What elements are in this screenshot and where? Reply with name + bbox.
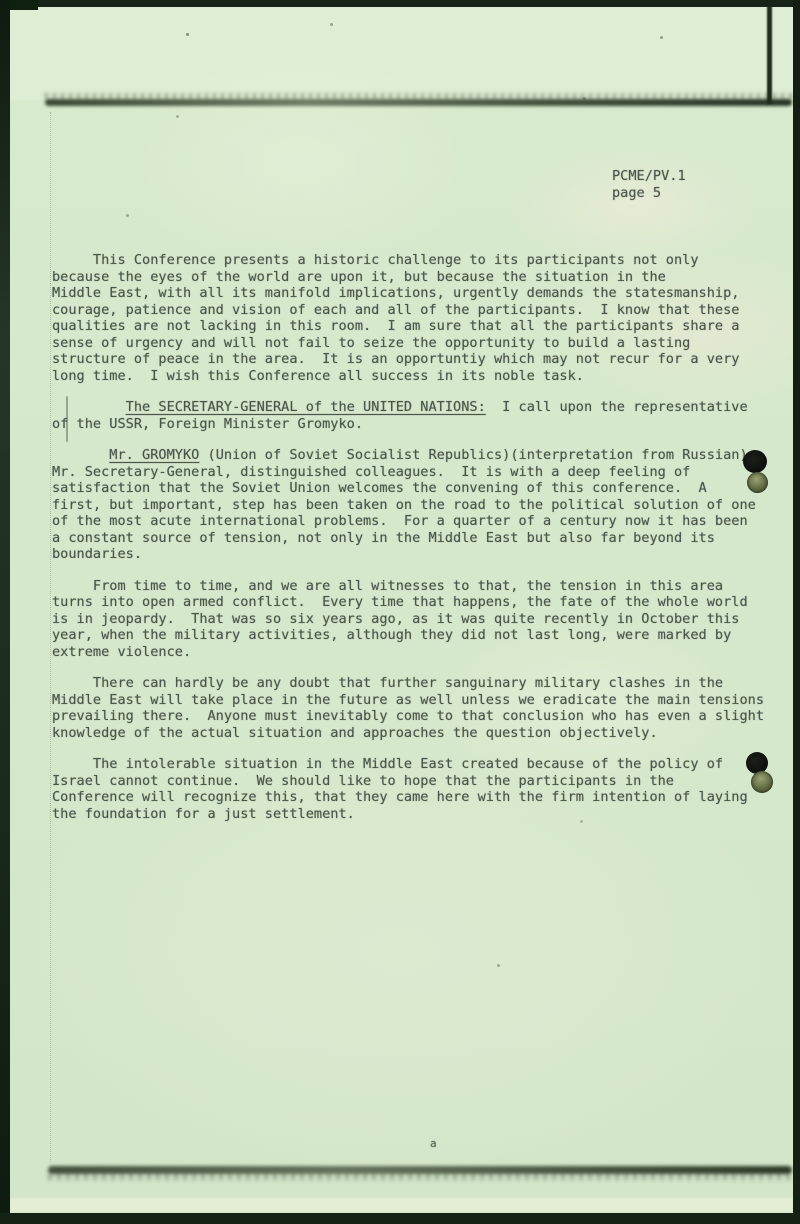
text-segment: This Conference presents a historic chal… xyxy=(52,252,699,268)
text-line: Mr. Secretary-General, distinguished col… xyxy=(52,464,764,481)
text-line: is in jeopardy. That was so six years ag… xyxy=(52,611,764,628)
document-header: PCME/PV.1 page 5 xyxy=(612,168,686,201)
text-segment: The intolerable situation in the Middle … xyxy=(52,756,723,772)
text-segment: extreme violence. xyxy=(52,644,191,660)
text-segment: Middle East will take place in the futur… xyxy=(52,692,764,708)
text-segment: From time to time, and we are all witnes… xyxy=(52,578,723,594)
paragraph: From time to time, and we are all witnes… xyxy=(52,578,764,661)
text-line: first, but important, step has been take… xyxy=(52,497,764,514)
text-segment: Middle East, with all its manifold impli… xyxy=(52,285,739,301)
text-segment: prevailing there. Anyone must inevitably… xyxy=(52,708,764,724)
underlined-text-segment: Mr. GROMYKO xyxy=(109,447,199,463)
scan-edge-top xyxy=(0,0,800,7)
text-line: structure of peace in the area. It is an… xyxy=(52,351,764,368)
text-line: Middle East will take place in the futur… xyxy=(52,692,764,709)
fastener-dot-brass-upper xyxy=(747,472,768,493)
text-line: year, when the military activities, alth… xyxy=(52,627,764,644)
text-segment: satisfaction that the Soviet Union welco… xyxy=(52,480,707,496)
document-reference: PCME/PV.1 xyxy=(612,168,686,185)
text-line: This Conference presents a historic chal… xyxy=(52,252,764,269)
vertical-fold-line xyxy=(50,112,51,1162)
text-segment: turns into open armed conflict. Every ti… xyxy=(52,594,748,610)
page-bottom-shadow-line xyxy=(48,1166,792,1174)
text-segment: first, but important, step has been take… xyxy=(52,497,756,513)
underlined-text-segment: The SECRETARY-GENERAL of the UNITED NATI… xyxy=(126,399,486,415)
text-segment: structure of peace in the area. It is an… xyxy=(52,351,739,367)
scan-edge-left xyxy=(0,0,10,1224)
text-line: knowledge of the actual situation and ap… xyxy=(52,725,764,742)
text-segment: knowledge of the actual situation and ap… xyxy=(52,725,658,741)
text-line: Conference will recognize this, that the… xyxy=(52,789,764,806)
text-line: a constant source of tension, not only i… xyxy=(52,530,764,547)
text-line: of the USSR, Foreign Minister Gromyko. xyxy=(52,416,764,433)
text-segment: year, when the military activities, alth… xyxy=(52,627,731,643)
text-segment: Israel cannot continue. We should like t… xyxy=(52,773,674,789)
paragraph: This Conference presents a historic chal… xyxy=(52,252,764,384)
scanned-page: PCME/PV.1 page 5 This Conference present… xyxy=(0,0,800,1224)
text-segment: of the USSR, Foreign Minister Gromyko. xyxy=(52,416,363,432)
paragraph: The SECRETARY-GENERAL of the UNITED NATI… xyxy=(52,399,764,432)
text-segment: There can hardly be any doubt that furth… xyxy=(52,675,723,691)
text-line: prevailing there. Anyone must inevitably… xyxy=(52,708,764,725)
fastener-dot-brass-lower xyxy=(751,771,773,793)
text-segment: I call upon the representative xyxy=(486,399,748,415)
page-number-label: page 5 xyxy=(612,185,686,202)
text-line: There can hardly be any doubt that furth… xyxy=(52,675,764,692)
paragraph: Mr. GROMYKO (Union of Soviet Socialist R… xyxy=(52,447,764,563)
text-segment: a constant source of tension, not only i… xyxy=(52,530,715,546)
text-segment: (Union of Soviet Socialist Republics)(in… xyxy=(199,447,756,463)
text-segment: Mr. Secretary-General, distinguished col… xyxy=(52,464,690,480)
text-line: turns into open armed conflict. Every ti… xyxy=(52,594,764,611)
overlapping-sheet-edge xyxy=(45,99,792,106)
overlapping-sheet-side-edge xyxy=(767,4,772,104)
text-segment: the foundation for a just settlement. xyxy=(52,806,355,822)
text-line: From time to time, and we are all witnes… xyxy=(52,578,764,595)
text-segment: of the most acute international problems… xyxy=(52,513,748,529)
text-line: Middle East, with all its manifold impli… xyxy=(52,285,764,302)
text-line: extreme violence. xyxy=(52,644,764,661)
text-segment: courage, patience and vision of each and… xyxy=(52,302,739,318)
text-segment: Conference will recognize this, that the… xyxy=(52,789,748,805)
text-line: The intolerable situation in the Middle … xyxy=(52,756,764,773)
text-line: courage, patience and vision of each and… xyxy=(52,302,764,319)
text-line: qualities are not lacking in this room. … xyxy=(52,318,764,335)
overlapping-sheet-band xyxy=(10,7,793,100)
text-segment: because the eyes of the world are upon i… xyxy=(52,269,666,285)
text-segment: long time. I wish this Conference all su… xyxy=(52,368,584,384)
text-line: the foundation for a just settlement. xyxy=(52,806,764,823)
text-segment: sense of urgency and will not fail to se… xyxy=(52,335,690,351)
text-line: of the most acute international problems… xyxy=(52,513,764,530)
text-line: satisfaction that the Soviet Union welco… xyxy=(52,480,764,497)
text-segment: boundaries. xyxy=(52,546,142,562)
text-line: boundaries. xyxy=(52,546,764,563)
text-line: The SECRETARY-GENERAL of the UNITED NATI… xyxy=(52,399,764,416)
text-segment xyxy=(52,399,126,415)
text-segment: is in jeopardy. That was so six years ag… xyxy=(52,611,739,627)
text-segment: qualities are not lacking in this room. … xyxy=(52,318,739,334)
paragraph: The intolerable situation in the Middle … xyxy=(52,756,764,822)
text-line: because the eyes of the world are upon i… xyxy=(52,269,764,286)
scan-edge-right xyxy=(793,0,800,1224)
text-line: Israel cannot continue. We should like t… xyxy=(52,773,764,790)
text-line: Mr. GROMYKO (Union of Soviet Socialist R… xyxy=(52,447,764,464)
text-line: long time. I wish this Conference all su… xyxy=(52,368,764,385)
page-bottom-paper-strip xyxy=(10,1198,793,1212)
document-body: This Conference presents a historic chal… xyxy=(52,252,764,837)
text-segment xyxy=(52,447,109,463)
punch-dot-black-upper xyxy=(743,450,767,473)
scan-edge-bottom xyxy=(0,1213,800,1224)
text-line: sense of urgency and will not fail to se… xyxy=(52,335,764,352)
stray-pencil-mark: a xyxy=(430,1136,437,1153)
paragraph: There can hardly be any doubt that furth… xyxy=(52,675,764,741)
